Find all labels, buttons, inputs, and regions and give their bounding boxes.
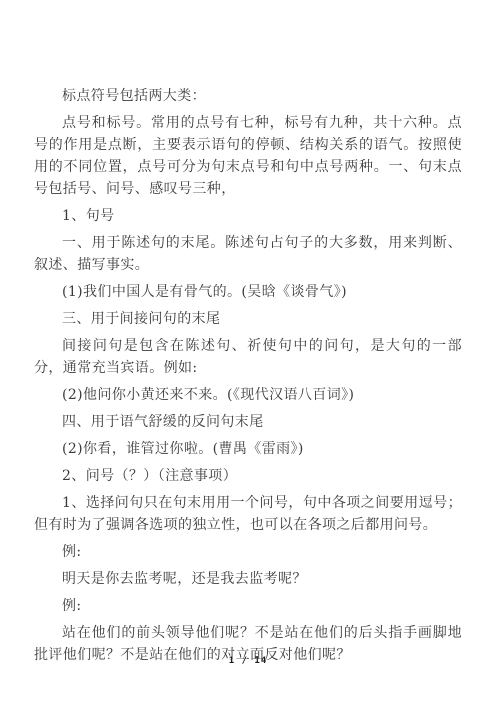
paragraph: 一、用于陈述句的末尾。陈述句占句子的大多数，用来判断、叙述、描写事实。: [34, 232, 462, 276]
paragraph: 四、用于语气舒缓的反问句末尾: [34, 411, 462, 433]
paragraph: 例:: [34, 541, 462, 563]
paragraph: (2)你看，谁管过你啦。(曹禺《雷雨》): [34, 438, 462, 460]
document-body: 标点符号包括两大类： 点号和标号。常用的点号有七种，标号有九种，共十六种。点号的…: [34, 85, 462, 671]
paragraph: 点号和标号。常用的点号有七种，标号有九种，共十六种。点号的作用是点断，主要表示语…: [34, 112, 462, 200]
paragraph: 2、问号（？）（注意事项）: [34, 465, 462, 487]
paragraph: (1)我们中国人是有骨气的。(吴晗《谈骨气》): [34, 281, 462, 303]
paragraph: 标点符号包括两大类：: [34, 85, 462, 107]
paragraph: (2)他问你小黄还来不来。(《现代汉语八百词》): [34, 384, 462, 406]
paragraph: 三、用于间接问句的末尾: [34, 308, 462, 330]
paragraph: 1、句号: [34, 205, 462, 227]
paragraph: 例:: [34, 595, 462, 617]
paragraph: 明天是你去监考呢，还是我去监考呢？: [34, 568, 462, 590]
paragraph: 间接问句是包含在陈述句、祈使句中的问句，是大句的一部分，通常充当宾语。例如:: [34, 335, 462, 379]
page-number: 1 / 14: [0, 656, 496, 666]
document-page: 标点符号包括两大类： 点号和标号。常用的点号有七种，标号有九种，共十六种。点号的…: [0, 0, 496, 702]
paragraph: 1、选择问句只在句末用用一个问号，句中各项之间要用逗号；但有时为了强调各选项的独…: [34, 492, 462, 536]
